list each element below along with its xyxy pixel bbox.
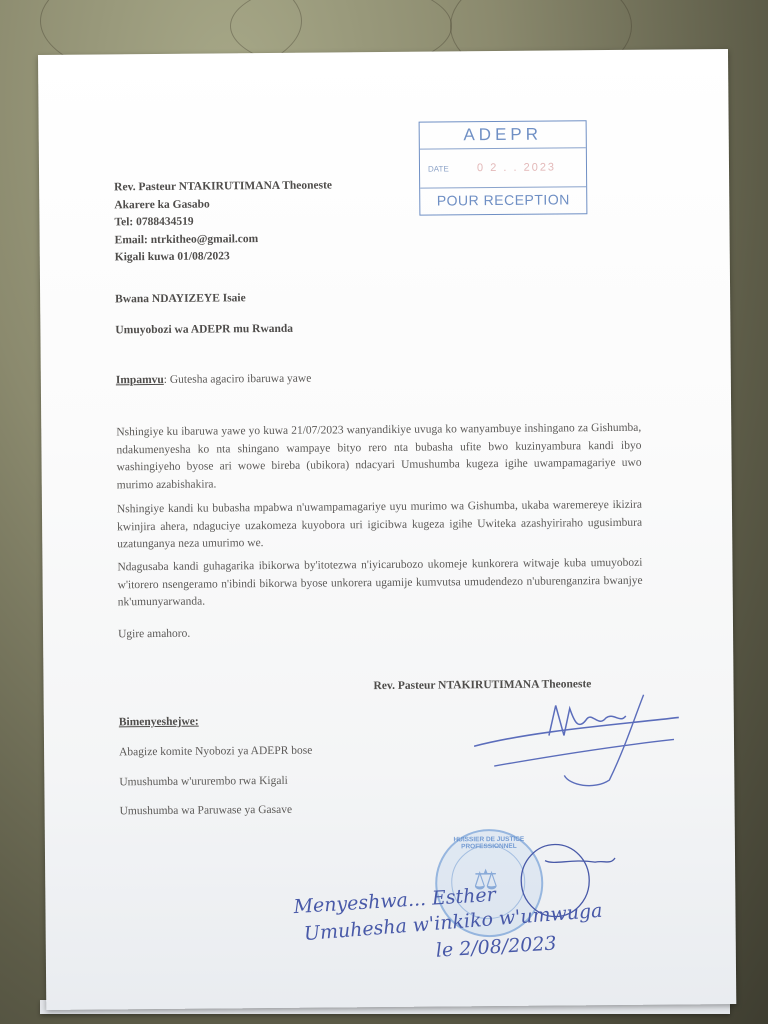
letter-page: ADEPR DATE 0 2 . . 2023 POUR RECEPTION R…: [38, 49, 736, 1010]
subject-text: : Gutesha agaciro ibaruwa yawe: [164, 373, 312, 386]
recipient-name: Bwana NDAYIZEYE Isaie: [115, 290, 293, 309]
closing-line: Ugire amahoro.: [118, 626, 190, 644]
cc-title: Bimenyeshejwe:: [119, 714, 199, 732]
subject-line: Impamvu: Gutesha agaciro ibaruwa yawe: [116, 371, 312, 390]
cc-list: Abagize komite Nyobozi ya ADEPR bose Umu…: [119, 743, 313, 833]
recipient-title: Umuyobozi wa ADEPR mu Rwanda: [115, 320, 293, 339]
signature-scribble: [474, 689, 685, 801]
cc-item: Umushumba w'ururembo rwa Kigali: [119, 772, 312, 791]
stamp-date-label: DATE: [428, 164, 449, 173]
sender-tel: Tel: 0788434519: [114, 212, 332, 231]
sender-block: Rev. Pasteur NTAKIRUTIMANA Theoneste Aka…: [114, 177, 333, 266]
cc-item: Umushumba wa Paruwase ya Gasave: [120, 802, 313, 821]
sender-district: Akarere ka Gasabo: [114, 195, 332, 214]
stamp-title: ADEPR: [420, 121, 586, 149]
stamp-date-value: 0 2 . . 2023: [477, 161, 556, 174]
recipient-block: Bwana NDAYIZEYE Isaie Umuyobozi wa ADEPR…: [115, 290, 293, 353]
sender-place-date: Kigali kuwa 01/08/2023: [115, 247, 333, 266]
handwritten-note-date: le 2/08/2023: [435, 932, 557, 961]
reception-stamp: ADEPR DATE 0 2 . . 2023 POUR RECEPTION: [419, 120, 588, 215]
stamp-footer: POUR RECEPTION: [420, 187, 586, 212]
sender-name: Rev. Pasteur NTAKIRUTIMANA Theoneste: [114, 177, 332, 196]
sender-email: Email: ntrkitheo@gmail.com: [115, 230, 333, 249]
stamp-date-row: DATE 0 2 . . 2023: [420, 148, 586, 188]
body-paragraph-1: Nshingiye ku ibaruwa yawe yo kuwa 21/07/…: [116, 420, 642, 495]
body-paragraph-2: Nshingiye kandi ku bubasha mpabwa n'uwam…: [117, 497, 642, 554]
body-paragraph-3: Ndagusaba kandi guhagarika ibikorwa by'i…: [117, 555, 642, 612]
subject-label: Impamvu: [116, 374, 164, 386]
cc-item: Abagize komite Nyobozi ya ADEPR bose: [119, 743, 312, 762]
